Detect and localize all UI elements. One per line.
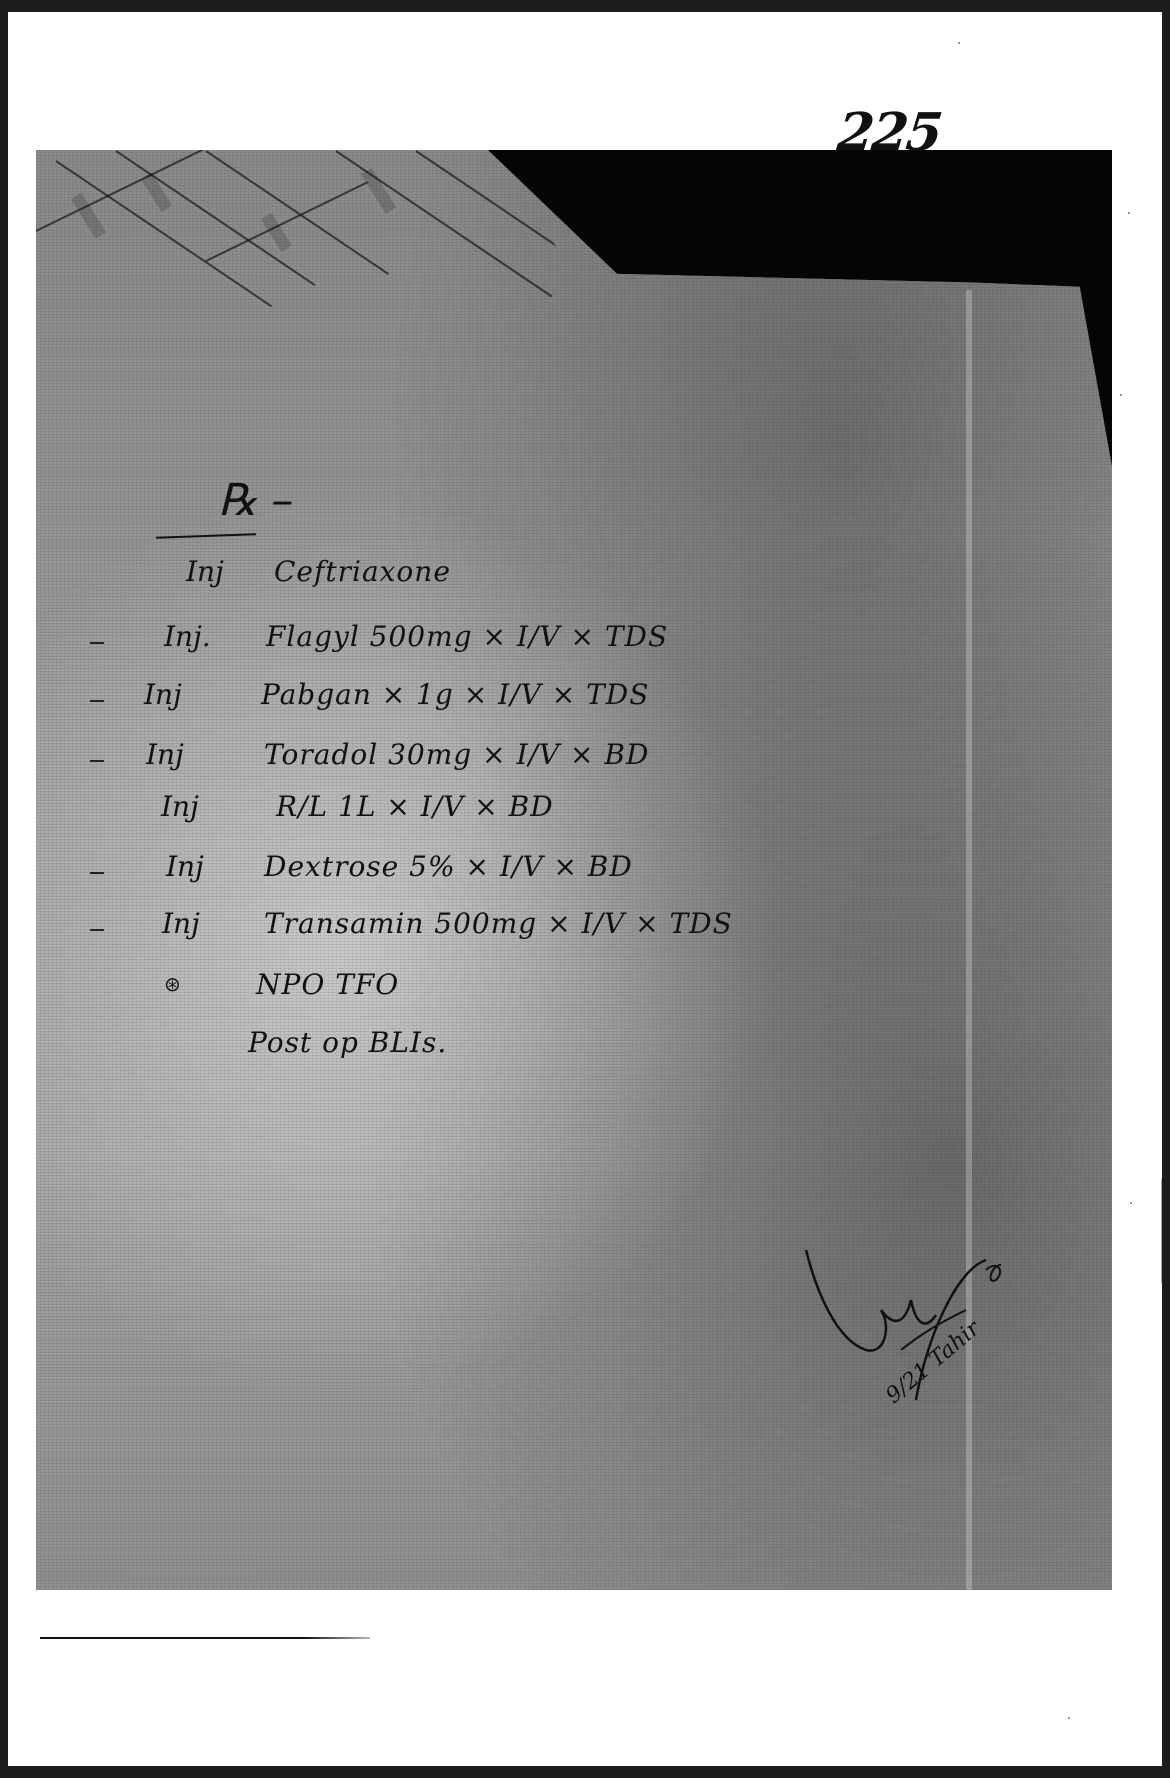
- scan-speck: [1128, 212, 1130, 214]
- margin-dash: [90, 760, 104, 762]
- route-label: Inj: [162, 907, 200, 940]
- order-line: Inj R/L 1L × I/V × BD: [36, 790, 1036, 840]
- order-line: Inj Pabgan × 1g × I/V × TDS: [36, 678, 1036, 728]
- margin-dash: [90, 929, 104, 931]
- order-line: Inj Transamin 500mg × I/V × TDS: [36, 907, 1036, 957]
- photocopy-scan: ▒▒▒▒▒▒ ▒▒▒▒▒ ▒▒▒▒▒ ▒▒▒▒▒▒ ℞ – Inj Ceftri…: [36, 150, 1112, 1590]
- order-line: Inj Toradol 30mg × I/V × BD: [36, 738, 1036, 788]
- scanned-page: 225 ▒▒▒▒▒▒ ▒▒▒▒▒ ▒▒▒▒▒ ▒▒▒▒▒▒: [8, 12, 1162, 1766]
- instruction-line: ⊛ NPO TFO: [36, 968, 1036, 1018]
- order-text: Dextrose 5% × I/V × BD: [264, 850, 633, 883]
- margin-dash: [90, 642, 104, 644]
- scan-speck: [1068, 1717, 1070, 1719]
- route-label: Inj: [146, 738, 184, 771]
- order-line: Inj Dextrose 5% × I/V × BD: [36, 850, 1036, 900]
- order-line: Inj. Flagyl 500mg × I/V × TDS: [36, 620, 1036, 670]
- order-text: Flagyl 500mg × I/V × TDS: [266, 620, 668, 653]
- order-line: Inj Ceftriaxone: [36, 555, 1036, 605]
- route-label: Inj: [144, 678, 182, 711]
- instruction-text: NPO TFO: [256, 968, 399, 1001]
- footer-rule: [40, 1637, 370, 1639]
- instruction-line: Post op BLIs.: [36, 1026, 1036, 1076]
- document-viewer: 225 ▒▒▒▒▒▒ ▒▒▒▒▒ ▒▒▒▒▒ ▒▒▒▒▒▒: [0, 0, 1170, 1778]
- rx-symbol: ℞ –: [218, 475, 293, 526]
- scan-speck: [1120, 394, 1122, 396]
- order-text: Pabgan × 1g × I/V × TDS: [261, 678, 649, 711]
- route-label: Inj: [161, 790, 199, 823]
- order-text: Toradol 30mg × I/V × BD: [264, 738, 649, 771]
- instruction-text: Post op BLIs.: [248, 1026, 447, 1059]
- route-label: Inj.: [164, 620, 211, 653]
- bullet-icon: ⊛: [164, 972, 181, 996]
- order-text: Transamin 500mg × I/V × TDS: [264, 907, 733, 940]
- route-label: Inj: [166, 850, 204, 883]
- scan-speck: [1130, 1202, 1132, 1204]
- margin-dash: [90, 700, 104, 702]
- order-text: Ceftriaxone: [274, 555, 451, 588]
- vertical-scrollbar-thumb[interactable]: [1161, 1177, 1162, 1285]
- order-text: R/L 1L × I/V × BD: [276, 790, 554, 823]
- route-label: Inj: [186, 555, 224, 588]
- scan-speck: [958, 42, 960, 44]
- margin-dash: [90, 872, 104, 874]
